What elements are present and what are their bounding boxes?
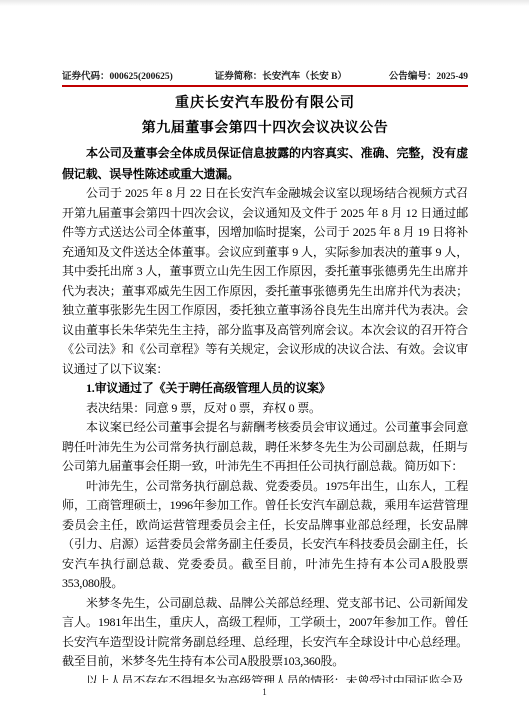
disclaimer-paragraph: 本公司及董事会全体成员保证信息披露的内容真实、准确、完整，没有虚假记载、误导性陈… xyxy=(62,143,468,184)
bio-ye-pei-paragraph: 叶沛先生，公司常务执行副总裁、党委委员。1975年出生，山东人，工程师，工商管理… xyxy=(62,477,468,594)
resolution-1-detail: 本议案已经公司董事会提名与薪酬考核委员会审议通过。公司董事会同意聘任叶沛先生为公… xyxy=(62,418,468,477)
securities-info-line: 证券代码：000625(200625) 证券简称：长安汽车（长安 B） 公告编号… xyxy=(62,68,468,82)
company-title: 重庆长安汽车股份有限公司 xyxy=(62,92,468,112)
meeting-info-paragraph: 公司于 2025 年 8 月 22 日在长安汽车金融城会议室以现场结合视频方式召… xyxy=(62,184,468,379)
stock-code: 证券代码：000625(200625) xyxy=(62,68,173,82)
announcement-page: 证券代码：000625(200625) 证券简称：长安汽车（长安 B） 公告编号… xyxy=(0,0,529,723)
document-content: 证券代码：000625(200625) 证券简称：长安汽车（长安 B） 公告编号… xyxy=(62,0,468,683)
document-subtitle: 第九届董事会第四十四次会议决议公告 xyxy=(62,117,468,137)
page-number: 1 xyxy=(0,687,529,697)
announcement-number: 公告编号：2025-49 xyxy=(389,68,468,82)
stock-abbr: 证券简称：长安汽车（长安 B） xyxy=(215,68,347,82)
closing-partial-paragraph: 以上人员不存在不得提名为高级管理人员的情形；未曾受过中国证监会及 xyxy=(62,672,468,684)
vote-result-line: 表决结果：同意 9 票，反对 0 票，弃权 0 票。 xyxy=(62,399,468,419)
resolution-1-title: 1.审议通过了《关于聘任高级管理人员的议案》 xyxy=(62,379,468,399)
red-divider-line xyxy=(62,85,468,87)
bio-mi-mengdong-paragraph: 米梦冬先生，公司副总裁、品牌公关部总经理、党支部书记、公司新闻发言人。1981年… xyxy=(62,594,468,672)
